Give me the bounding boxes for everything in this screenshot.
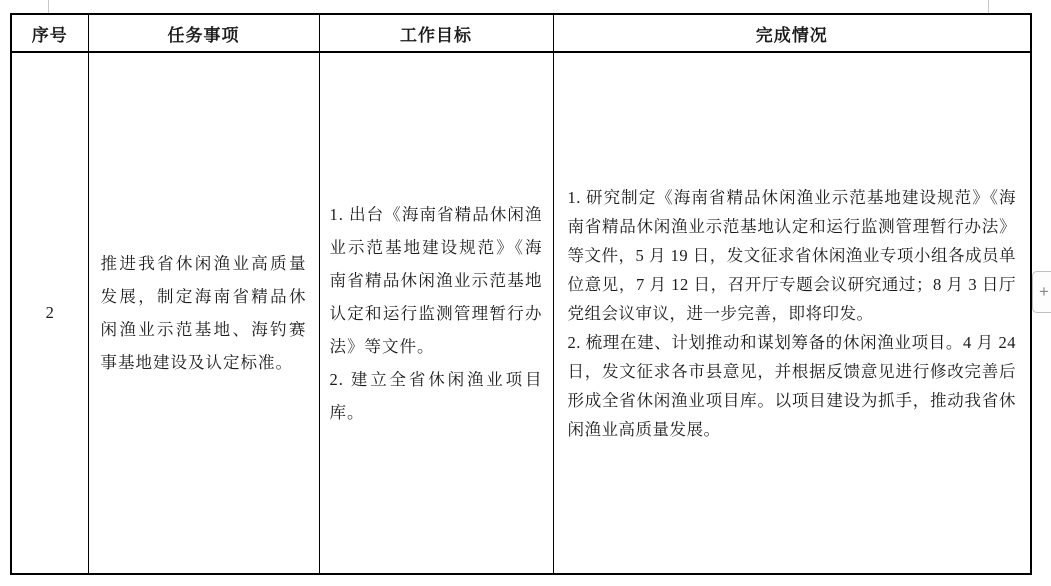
goal-cell: 1. 出台《海南省精品休闲渔业示范基地建设规范》《海南省精品休闲渔业示范基地认定… bbox=[319, 52, 553, 574]
task-progress-table: 序号 任务事项 工作目标 完成情况 2 推进我省休闲渔业高质量发展，制定海南省精… bbox=[10, 13, 1032, 575]
completion-item-1: 1. 研究制定《海南省精品休闲渔业示范基地建设规范》《海南省精品休闲渔业示范基地… bbox=[568, 183, 1017, 328]
insert-plus-button[interactable]: + bbox=[1032, 271, 1051, 313]
header-goal: 工作目标 bbox=[319, 14, 553, 52]
gridline-tick-left bbox=[48, 0, 49, 13]
task-cell: 推进我省休闲渔业高质量发展，制定海南省精品休闲渔业示范基地、海钓赛事基地建设及认… bbox=[88, 52, 319, 574]
document-page: 序号 任务事项 工作目标 完成情况 2 推进我省休闲渔业高质量发展，制定海南省精… bbox=[0, 0, 1051, 586]
goal-item-1: 1. 出台《海南省精品休闲渔业示范基地建设规范》《海南省精品休闲渔业示范基地认定… bbox=[330, 198, 543, 363]
gridline-tick-right bbox=[988, 0, 989, 13]
header-task: 任务事项 bbox=[88, 14, 319, 52]
goal-item-2: 2. 建立全省休闲渔业项目库。 bbox=[330, 363, 543, 429]
task-text: 推进我省休闲渔业高质量发展，制定海南省精品休闲渔业示范基地、海钓赛事基地建设及认… bbox=[101, 247, 307, 379]
completion-item-2: 2. 梳理在建、计划推动和谋划筹备的休闲渔业项目。4 月 24 日，发文征求各市… bbox=[568, 328, 1017, 444]
table-row: 2 推进我省休闲渔业高质量发展，制定海南省精品休闲渔业示范基地、海钓赛事基地建设… bbox=[11, 52, 1031, 574]
row-index-cell: 2 bbox=[11, 52, 88, 574]
header-completion: 完成情况 bbox=[553, 14, 1031, 52]
completion-cell: 1. 研究制定《海南省精品休闲渔业示范基地建设规范》《海南省精品休闲渔业示范基地… bbox=[553, 52, 1031, 574]
header-index: 序号 bbox=[11, 14, 88, 52]
header-row: 序号 任务事项 工作目标 完成情况 bbox=[11, 14, 1031, 52]
